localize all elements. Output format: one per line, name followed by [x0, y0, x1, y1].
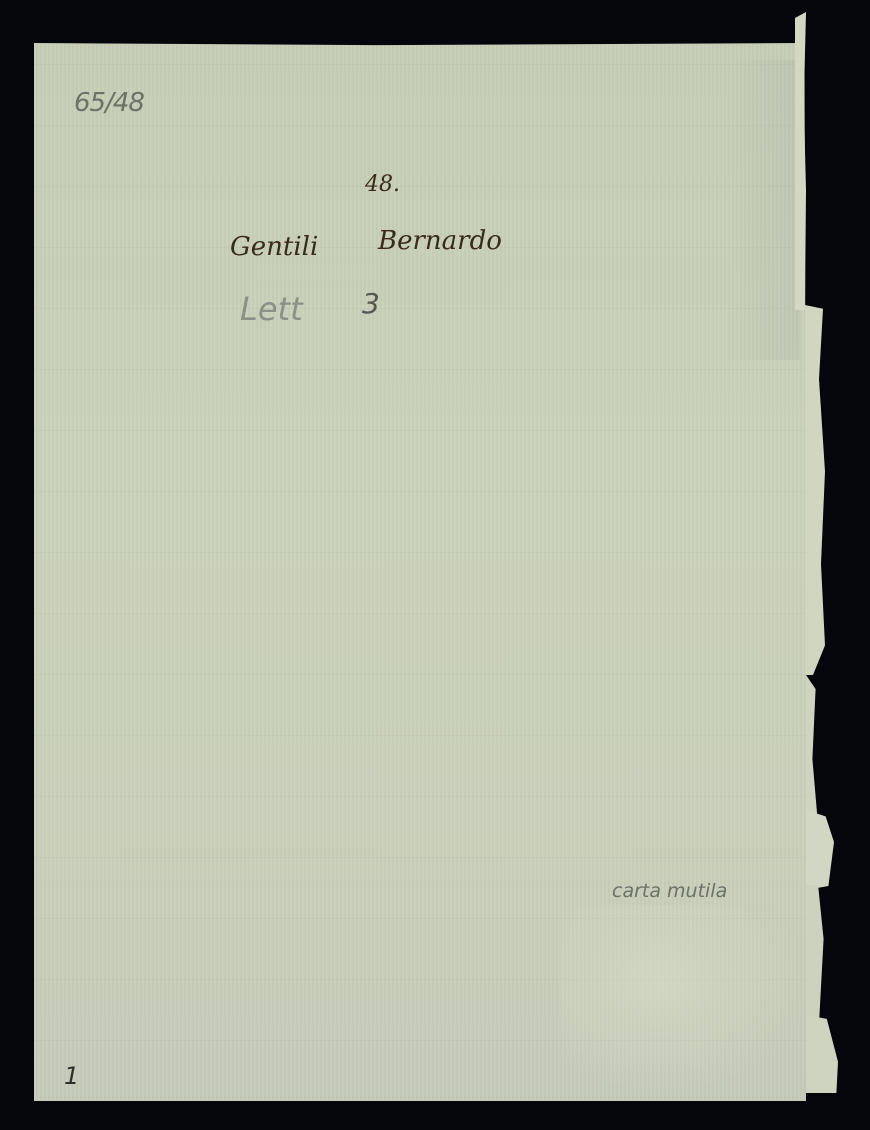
paper-stain [560, 905, 810, 1095]
item-number: 48. [365, 172, 400, 197]
letters-count: 3 [362, 287, 380, 320]
surname-text: Gentili [230, 232, 318, 262]
torn-edge-strip [806, 810, 834, 890]
torn-edge-strip [806, 1015, 838, 1093]
condition-note: carta mutila [612, 880, 727, 902]
first-name-text: Bernardo [378, 226, 502, 256]
torn-edge-strip [806, 675, 822, 815]
shelfmark-annotation: 65/48 [74, 88, 144, 118]
page-shading [730, 60, 800, 360]
letters-label: Lett [240, 290, 303, 328]
torn-edge-strip [805, 305, 825, 675]
torn-edge-strip [795, 12, 806, 310]
folio-number: 1 [64, 1062, 79, 1090]
